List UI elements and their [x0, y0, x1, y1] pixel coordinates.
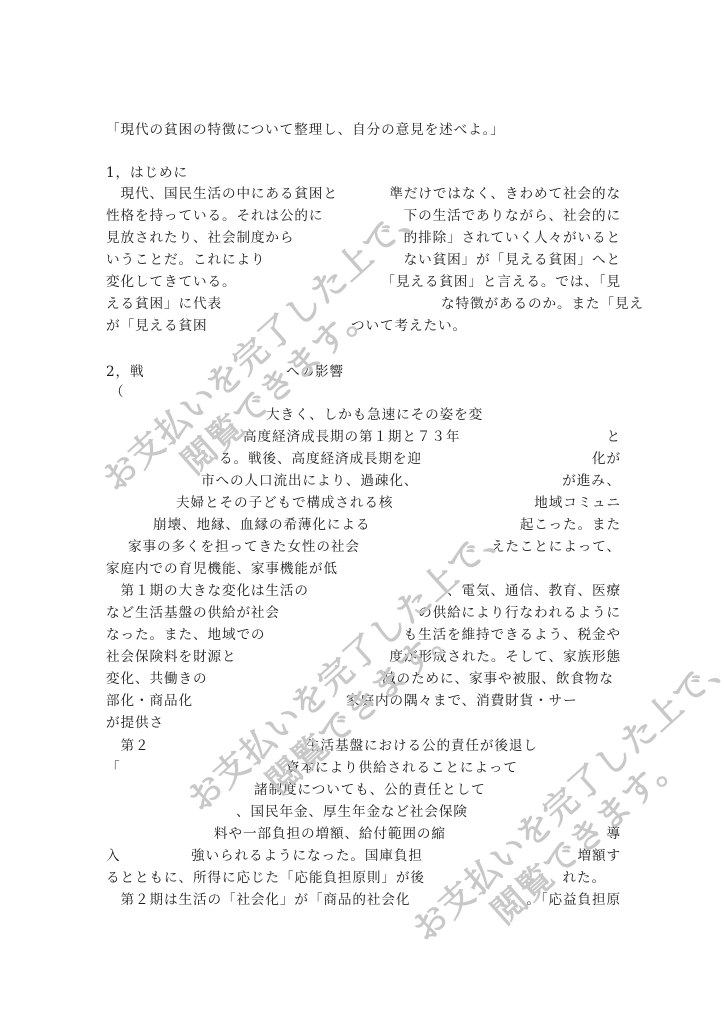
paragraph-line: 部化・商品化 家庭内の隅々まで、消費財貨・サー: [106, 691, 621, 711]
line-right: 下の生活でありながら、社会的に: [404, 206, 621, 226]
line-right: 減のために、家事や被服、飲食物な: [382, 669, 614, 689]
line-left: が「見える貧困: [106, 316, 207, 336]
paragraph-line: いうことだ。これにより ない貧困」が「見える貧困」へと: [106, 250, 621, 270]
paragraph-line: 崩壊、地縁、血縁の希薄化による 起こった。また: [106, 515, 621, 535]
line-left: 入: [106, 846, 121, 866]
paragraph-line: 入 強いられるようになった。国庫負担 増額す: [106, 846, 621, 866]
line-right: の供給により行なわれるように: [418, 603, 621, 623]
line-right: な特徴があるのか。また「見え: [441, 294, 644, 314]
paragraph-line: 高度経済成長期の第１期と７３年 と: [106, 427, 621, 447]
paragraph-line: 変化してきている。 「見える貧困」と言える。では、「見: [106, 272, 621, 292]
heading-right: への影響: [286, 362, 344, 382]
heading-left: 2，戦: [106, 362, 145, 382]
line-left: える貧困」に代表: [106, 294, 222, 314]
line-right: 増額す: [578, 846, 621, 866]
document-page: 「現代の貧困の特徴について整理し、自分の意見を述べよ。」 1，はじめに 現代、国…: [0, 0, 724, 1024]
line-mid: 家庭内での育児機能、家事機能が低: [106, 559, 338, 579]
line-left: 第１期の大きな変化は生活の: [106, 581, 309, 601]
line-mid: 、国民年金、厚生年金など社会保険: [236, 802, 468, 822]
paragraph-line: 家事の多くを担ってきた女性の社会 えたことによって、: [106, 537, 621, 557]
paragraph-line: える貧困」に代表 な特徴があるのか。また「見え: [106, 294, 621, 314]
line-left: 社会保険料を財源と: [106, 647, 236, 667]
paragraph-line: 性格を持っている。それは公的に 下の生活でありながら、社会的に: [106, 206, 621, 226]
line-right: 導: [607, 824, 622, 844]
line-left: など生活基盤の供給が社会: [106, 603, 280, 623]
line-left: 性格を持っている。それは公的に: [106, 206, 323, 226]
line-right: 化が: [592, 449, 621, 469]
title-text: 「現代の貧困の特徴について整理し、自分の意見を述べよ。」: [106, 120, 505, 140]
line-right: 「見える貧困」と言える。では、「見: [381, 272, 621, 292]
line-left: 見放されたり、社会制度から: [106, 228, 294, 248]
line-right: えたことによって、: [491, 537, 621, 557]
line-left: るとともに、所得に応じた「応能負担原則」が後: [106, 868, 425, 888]
paragraph-line: 家庭内での育児機能、家事機能が低: [106, 559, 621, 579]
line-right: 、電気、通信、教育、医療: [447, 581, 621, 601]
line-left: 第２期は生活の「社会化」が「商品的社会化: [106, 890, 410, 910]
line-right: と: [607, 427, 622, 447]
line-mid: 資本により供給されることによって: [286, 758, 518, 778]
line-right: 的排除」されていく人々がいると: [404, 228, 621, 248]
paragraph-line: が「見える貧困 ついて考えたい。: [106, 316, 621, 336]
line-right: ついて考えたい。: [351, 316, 467, 336]
line-left: 「: [106, 758, 121, 778]
line-right: 地域コミュニ: [534, 493, 621, 513]
subheading: （: [110, 382, 625, 402]
paragraph-line: 社会保険料を財源と 度が形成された。そして、家族形態: [106, 647, 621, 667]
line-mid: 崩壊、地縁、血縁の希薄化による: [153, 515, 370, 535]
paragraph-line: 諸制度についても、公的責任として: [106, 780, 621, 800]
line-mid: 強いられるようになった。国庫負担: [191, 846, 423, 866]
line-mid: 生活基盤における公的責任が後退し: [306, 736, 538, 756]
heading-text: 1，はじめに: [106, 163, 188, 183]
line-mid: 市への人口流出により、過疎化、: [201, 471, 418, 491]
line-mid: 大きく、しかも急速にその姿を変: [266, 405, 483, 425]
paragraph-line: 市への人口流出により、過疎化、 が進み、: [106, 471, 621, 491]
line-right: 準だけではなく、きわめて社会的な: [389, 184, 621, 204]
paragraph-line: 見放されたり、社会制度から 的排除」されていく人々がいると: [106, 228, 621, 248]
line-left: 現代、国民生活の中にある貧困と: [106, 184, 338, 204]
paragraph-line: 変化、共働きの 減のために、家事や被服、飲食物な: [106, 669, 621, 689]
line-left: 部化・商品化: [106, 691, 193, 711]
line-mid: 諸制度についても、公的責任として: [254, 780, 486, 800]
line-mid: 料や一部負担の増額、給付範囲の縮: [214, 824, 446, 844]
line-mid: る。戦後、高度経済成長期を迎: [219, 449, 422, 469]
line-left: 変化、共働きの: [106, 669, 207, 689]
paragraph-line: る。戦後、高度経済成長期を迎 化が: [106, 449, 621, 469]
line-left: 変化してきている。: [106, 272, 236, 292]
paragraph-line: 第２ 生活基盤における公的責任が後退し: [106, 736, 621, 756]
line-right: が進み、: [562, 471, 621, 491]
line-right: 起こった。また: [520, 515, 621, 535]
paragraph-line: るとともに、所得に応じた「応能負担原則」が後 れた。: [106, 868, 621, 888]
subheading-left: （: [110, 382, 125, 402]
line-left: なった。また、地域での: [106, 625, 265, 645]
line-mid: 高度経済成長期の第１期と７３年: [243, 427, 460, 447]
paragraph-line: 第２期は生活の「社会化」が「商品的社会化 。「応益負担原: [106, 890, 621, 910]
paragraph-line: が提供さ: [106, 713, 621, 733]
section-2-heading: 2，戦 への影響: [106, 362, 621, 382]
line-left: 第２: [106, 736, 149, 756]
paragraph-line: 夫婦とその子どもで構成される核 地域コミュニ: [106, 493, 621, 513]
line-right: 。「応益負担原: [526, 890, 621, 910]
line-right: 度が形成された。そして、家族形態: [389, 647, 621, 667]
line-right: ない貧困」が「見える貧困」へと: [404, 250, 621, 270]
line-mid: 家事の多くを担ってきた女性の社会: [128, 537, 360, 557]
paragraph-line: 大きく、しかも急速にその姿を変: [106, 405, 621, 425]
line-left: が提供さ: [106, 713, 164, 733]
paragraph-line: 「 資本により供給されることによって: [106, 758, 621, 778]
paragraph-line: 、国民年金、厚生年金など社会保険: [106, 802, 621, 822]
line-mid: 夫婦とその子どもで構成される核: [176, 493, 393, 513]
line-right: 家庭内の隅々まで、消費財貨・サー: [346, 691, 578, 711]
paragraph-line: なった。また、地域での も生活を維持できるよう、税金や: [106, 625, 621, 645]
paragraph-line: など生活基盤の供給が社会 の供給により行なわれるように: [106, 603, 621, 623]
line-right: れた。: [563, 868, 606, 888]
paragraph-line: 料や一部負担の増額、給付範囲の縮 導: [106, 824, 621, 844]
line-right: も生活を維持できるよう、税金や: [404, 625, 621, 645]
line-left: いうことだ。これにより: [106, 250, 265, 270]
paragraph-line: 第１期の大きな変化は生活の 、電気、通信、教育、医療: [106, 581, 621, 601]
paragraph-line: 現代、国民生活の中にある貧困と 準だけではなく、きわめて社会的な: [106, 184, 621, 204]
